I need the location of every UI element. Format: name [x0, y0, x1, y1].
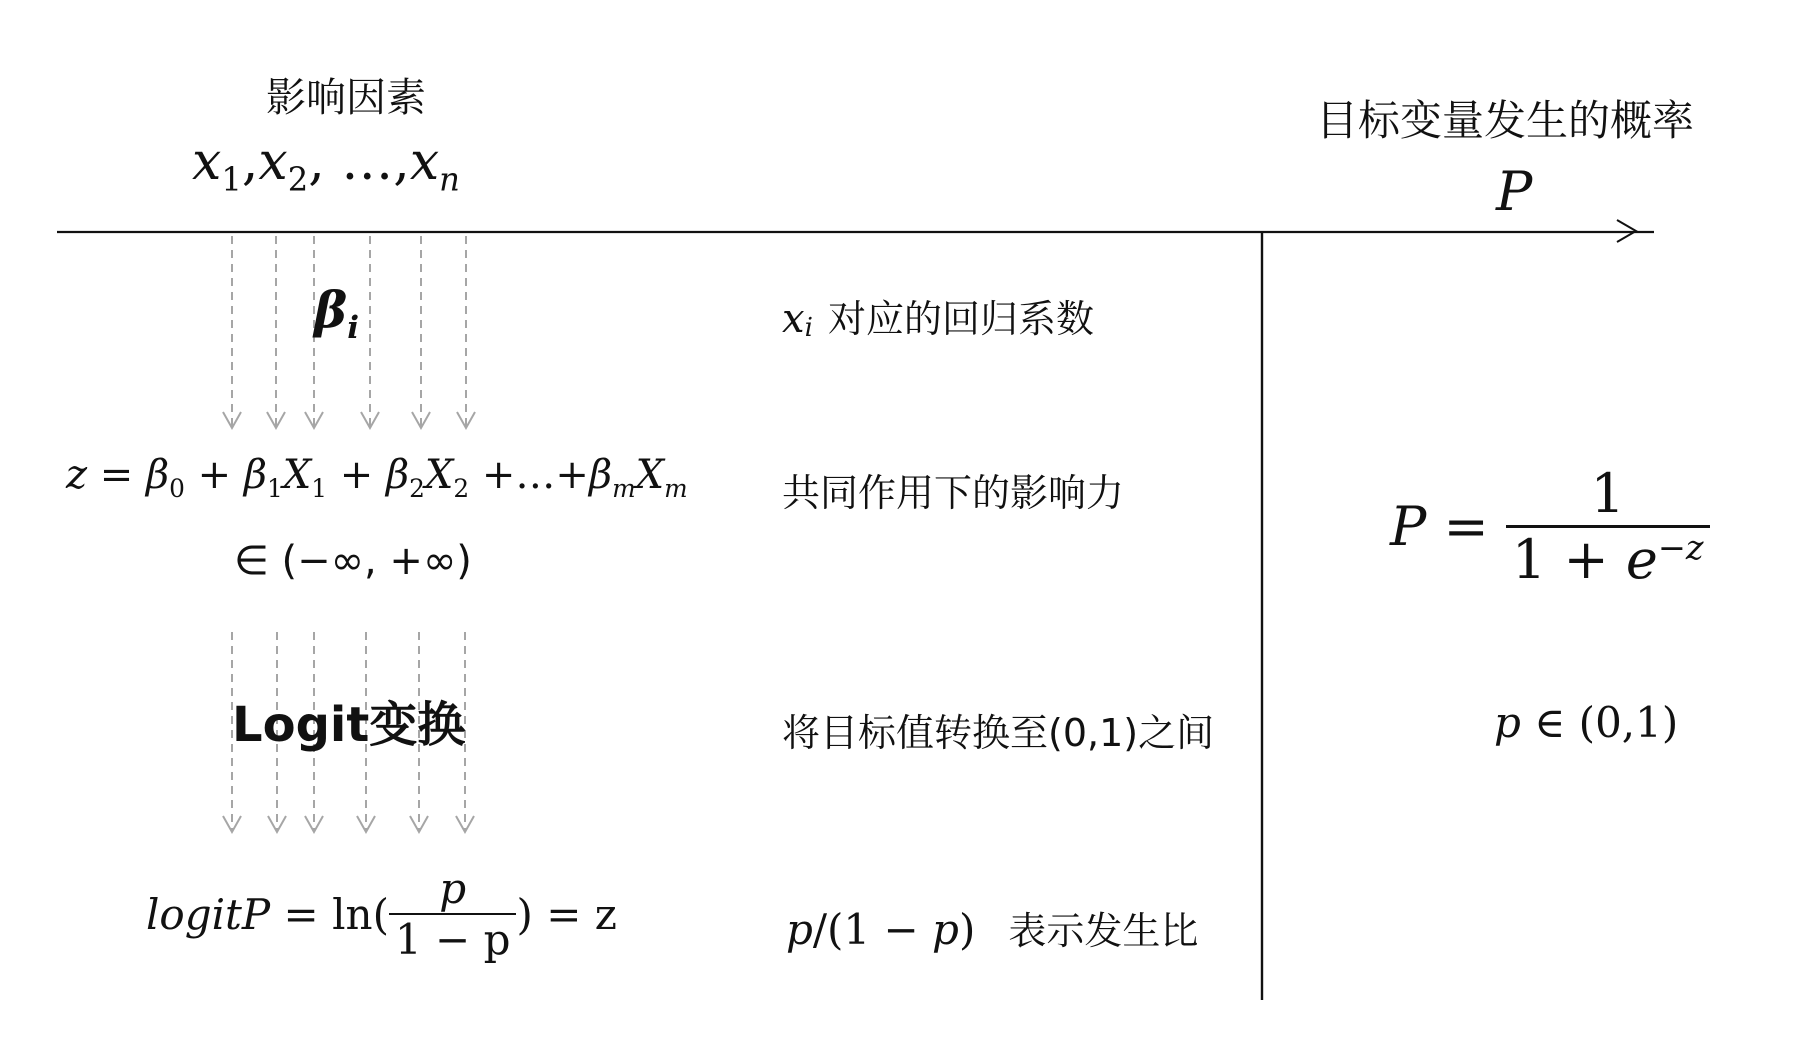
coefficient-description: xi 对应的回归系数: [782, 288, 1094, 343]
linear-equation: z = β0 + β1X1 + β2X2 +…+βmXm: [66, 452, 688, 503]
z-range: ∈ (−∞, +∞): [234, 538, 472, 584]
odds-description: p/(1 − p) 表示发生比: [786, 900, 1198, 955]
Xm: X: [636, 452, 664, 498]
beta2: β: [386, 452, 409, 498]
var-x1: x: [192, 132, 221, 192]
sigmoid-formula: P = 1 1 + e−z: [1390, 462, 1710, 591]
paren-close: ): [959, 905, 975, 954]
equals: =: [1426, 495, 1506, 558]
transform-description: 将目标值转换至(0,1)之间: [782, 702, 1214, 757]
odds-p: p: [786, 905, 813, 954]
odds-desc-text: 表示发生比: [1008, 909, 1198, 953]
var-x2: x: [258, 132, 287, 192]
odds-fraction: p 1 − p: [389, 864, 517, 964]
beta1-sub: 1: [267, 474, 283, 503]
sub-1: 1: [221, 160, 242, 198]
denominator: 1 + e−z: [1506, 525, 1710, 591]
xi-sub: i: [805, 313, 813, 343]
odds-numerator: p: [433, 864, 472, 913]
beta1: β: [244, 452, 267, 498]
joint-influence-description: 共同作用下的影响力: [782, 462, 1124, 517]
ln-open: = ln(: [270, 890, 389, 939]
plus: +: [327, 452, 386, 498]
one-plus: 1 +: [1512, 528, 1626, 591]
var-xn: x: [410, 132, 439, 192]
comma: ,: [308, 132, 341, 192]
e-base: e: [1626, 528, 1658, 591]
z-equals: z =: [66, 452, 146, 498]
sigmoid-fraction: 1 1 + e−z: [1506, 462, 1710, 591]
ellipsis: …: [341, 132, 393, 192]
odds-denominator: 1 − p: [389, 913, 517, 964]
equals-z: ) = z: [516, 890, 616, 939]
probability-symbol: P: [1496, 160, 1532, 223]
beta-sub-i: i: [347, 310, 359, 346]
beta2-sub: 2: [409, 474, 425, 503]
beta0-sub: 0: [169, 474, 185, 503]
beta-symbol: β: [314, 280, 347, 339]
neg-z-exponent: −z: [1658, 528, 1704, 567]
horizontal-axis-arrow: [57, 220, 1654, 242]
odds-expression: p/(1 − p): [786, 905, 975, 954]
X2: X: [425, 452, 453, 498]
p-symbol: p: [1494, 698, 1521, 747]
P-symbol: P: [1390, 495, 1426, 558]
sub-n: n: [439, 160, 460, 198]
odds-p2: p: [932, 905, 959, 954]
beta0: β: [146, 452, 169, 498]
X1-sub: 1: [311, 474, 327, 503]
comma: ,: [242, 132, 259, 192]
influencing-factors-title: 影响因素: [266, 66, 426, 123]
beta-i-label: βi: [314, 280, 359, 346]
X1: X: [283, 452, 311, 498]
xi-var: x: [782, 296, 805, 342]
betam: β: [589, 452, 612, 498]
target-probability-title: 目标变量发生的概率: [1316, 88, 1694, 148]
ellipsis-plus: +…+: [469, 452, 589, 498]
comma: ,: [393, 132, 410, 192]
slash: /: [813, 905, 827, 954]
X2-sub: 2: [453, 474, 469, 503]
Xm-sub: m: [664, 474, 688, 503]
sub-2: 2: [288, 160, 309, 198]
numerator-one: 1: [1585, 462, 1631, 525]
logitP: logitP: [146, 890, 270, 939]
paren-open: (1 −: [827, 905, 932, 954]
factor-variables: x1,x2, …,xn: [192, 132, 460, 198]
betam-sub: m: [612, 474, 636, 503]
p-range: p ∈ (0,1): [1494, 698, 1678, 747]
p-range-text: ∈ (0,1): [1521, 698, 1678, 747]
logit-equation: logitP = ln( p 1 − p ) = z: [146, 864, 617, 964]
coefficient-desc-text: 对应的回归系数: [828, 297, 1094, 341]
plus: +: [185, 452, 244, 498]
logit-transform-label: Logit变换: [232, 686, 465, 755]
